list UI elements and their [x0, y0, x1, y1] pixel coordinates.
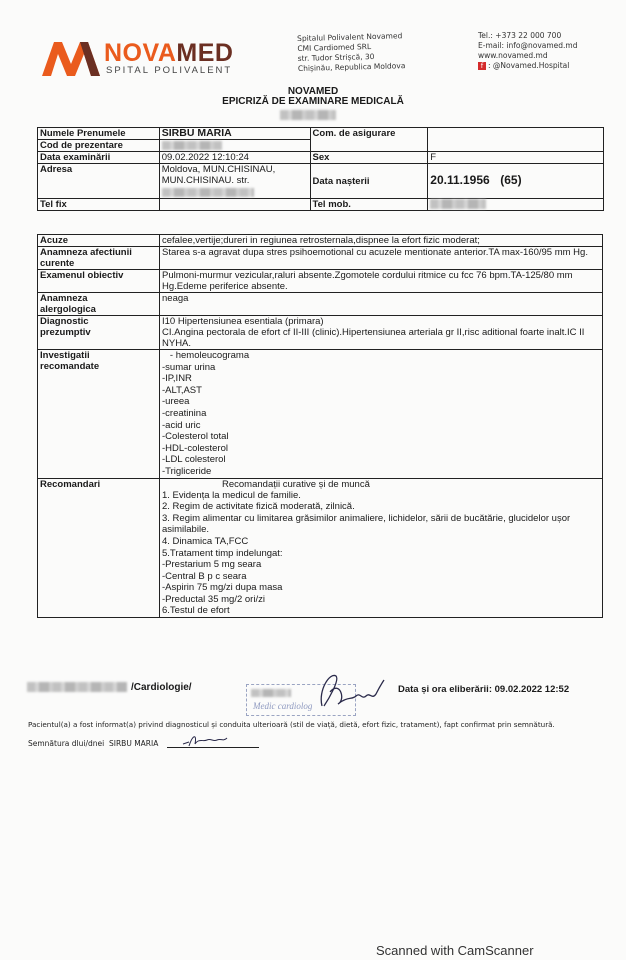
contact-tel: Tel.: +373 22 000 700	[478, 31, 578, 41]
patient-informed-statement: Pacientul(a) a fost informat(a) privind …	[28, 720, 555, 729]
exam-date-value: 09.02.2022 12:10:24	[159, 152, 310, 164]
complaints-label: Acuze	[38, 235, 160, 247]
recommendation-item: 5.Tratament timp indelungat:	[162, 548, 600, 560]
birth-date-value: 20.11.1956 (65)	[428, 164, 604, 199]
contact-email: E-mail: info@novamed.md	[478, 41, 578, 51]
investigation-item: -ALT,AST	[162, 385, 600, 397]
history-value: Starea s-a agravat dupa stres psihoemoti…	[160, 247, 603, 270]
investigation-item: -LDL colesterol	[162, 454, 600, 466]
release-datetime: Data și ora eliberării: 09.02.2022 12:52	[398, 684, 569, 695]
recommendation-item: 2. Regim de activitate fizică moderată, …	[162, 501, 600, 513]
allergy-label: Anamnezaalergologica	[38, 293, 160, 316]
complaints-value: cefalee,vertije;dureri in regiunea retro…	[160, 235, 603, 247]
investigation-item: -acid uric	[162, 420, 600, 432]
address-label: Adresa	[38, 164, 160, 199]
sex-label: Sex	[310, 152, 428, 164]
clinical-info-table: Acuze cefalee,vertije;dureri in regiunea…	[37, 234, 603, 618]
redacted-phone	[430, 199, 486, 209]
address-line: Chișinău, Republica Moldova	[298, 61, 406, 74]
investigations-label-line: recomandate	[40, 361, 157, 372]
allergy-label-line: alergologica	[40, 304, 157, 315]
patient-signature-row: Semnătura dlui/dnei SIRBU MARIA	[28, 738, 259, 748]
recommendations-value: Recomandații curative și de muncă 1. Evi…	[160, 478, 603, 618]
redacted-code	[162, 141, 222, 150]
address-line-2: MUN.CHISINAU. str.	[162, 175, 308, 186]
investigation-item: -sumar urina	[162, 362, 600, 374]
contact-web: www.novamed.md	[478, 51, 578, 61]
history-label-line: curente	[40, 258, 157, 269]
tel-mob-value	[428, 199, 604, 211]
insurance-label: Com. de asigurare	[310, 128, 428, 152]
camscanner-watermark: Scanned with CamScanner	[376, 943, 534, 958]
recommendation-item: 6.Testul de efort	[162, 605, 600, 617]
patient-name: SIRBU MARIA	[159, 128, 310, 140]
exam-label: Examenul obiectiv	[38, 270, 160, 293]
redacted-stamp-name	[251, 689, 291, 697]
investigation-item: -creatinina	[162, 408, 600, 420]
patient-signature-line	[167, 738, 259, 748]
recommendation-item: -Aspirin 75 mg/zi dupa masa	[162, 582, 600, 594]
patient-info-table: Numele Prenumele SIRBU MARIA Com. de asi…	[37, 127, 604, 211]
facebook-icon: f	[478, 62, 486, 70]
age-value: (65)	[500, 173, 521, 187]
history-label-line: Anamneza afectiunii	[40, 247, 157, 258]
recommendation-item: 1. Evidența la medicul de familie.	[162, 490, 600, 502]
logo-wordmark: NOVAMED	[104, 40, 233, 66]
code-label: Cod de prezentare	[38, 140, 160, 152]
redacted-street	[162, 188, 254, 197]
investigations-label-line: Investigatii	[40, 350, 157, 361]
doctor-signature	[300, 670, 400, 710]
sex-value: F	[428, 152, 604, 164]
investigations-list: - hemoleucograma-sumar urina-IP,INR-ALT,…	[162, 350, 600, 478]
birth-date-label: Data nașterii	[310, 164, 428, 199]
exam-value: Pulmoni-murmur vezicular,raluri absente.…	[160, 270, 603, 293]
recommendations-label: Recomandari	[38, 478, 160, 618]
diagnosis-label-line: prezumptiv	[40, 327, 157, 338]
patient-signature	[181, 732, 231, 748]
insurance-value	[428, 128, 604, 152]
novamed-m-logo-icon	[40, 38, 102, 78]
hospital-address: Spitalul Polivalent Novamed CMI Cardiome…	[297, 31, 406, 74]
allergy-value: neaga	[160, 293, 603, 316]
novamed-logo: NOVAMED SPITAL POLIVALENT	[40, 38, 240, 78]
investigations-label: Investigatiirecomandate	[38, 350, 160, 479]
logo-subtitle: SPITAL POLIVALENT	[106, 65, 232, 76]
investigation-item: -ureea	[162, 396, 600, 408]
exam-date-label: Data examinării	[38, 152, 160, 164]
hospital-contact: Tel.: +373 22 000 700 E-mail: info@novam…	[478, 31, 578, 71]
diagnosis-line: I10 Hipertensiunea esentiala (primara)	[162, 316, 600, 327]
recommendation-item: -Preductal 35 mg/2 ori/zi	[162, 594, 600, 606]
document-title: EPICRIZĂ DE EXAMINARE MEDICALĂ	[0, 96, 626, 107]
name-label: Numele Prenumele	[38, 128, 160, 140]
diagnosis-label: Diagnosticprezumptiv	[38, 316, 160, 350]
investigations-value: - hemoleucograma-sumar urina-IP,INR-ALT,…	[160, 350, 603, 479]
recommendations-list: 1. Evidența la medicul de familie.2. Reg…	[162, 490, 600, 618]
contact-facebook: f: @Novamed.Hospital	[478, 61, 578, 71]
address-value: Moldova, MUN.CHISINAU, MUN.CHISINAU. str…	[159, 164, 310, 199]
tel-mob-label: Tel mob.	[310, 199, 428, 211]
redacted-doctor-name	[27, 682, 127, 692]
address-line-1: Moldova, MUN.CHISINAU,	[162, 164, 308, 175]
diagnosis-value: I10 Hipertensiunea esentiala (primara)CI…	[160, 316, 603, 350]
investigation-item: -Colesterol total	[162, 431, 600, 443]
recommendation-item: -Central B p c seara	[162, 571, 600, 583]
redacted-document-id	[280, 110, 336, 120]
investigation-item: -IP,INR	[162, 373, 600, 385]
code-value	[159, 140, 310, 152]
allergy-label-line: Anamneza	[40, 293, 157, 304]
recommendation-item: 3. Regim alimentar cu limitarea grăsimil…	[162, 513, 600, 536]
tel-fix-value	[159, 199, 310, 211]
recommendations-heading: Recomandații curative și de muncă	[162, 479, 600, 490]
diagnosis-label-line: Diagnostic	[40, 316, 157, 327]
recommendation-item: 4. Dinamica TA,FCC	[162, 536, 600, 548]
tel-fix-label: Tel fix	[38, 199, 160, 211]
investigation-item: -Trigliceride	[162, 466, 600, 478]
diagnosis-line: CI.Angina pectorala de efort cf II-III (…	[162, 327, 600, 349]
investigation-item: -HDL-colesterol	[162, 443, 600, 455]
investigation-item: - hemoleucograma	[162, 350, 600, 362]
doctor-department: /Cardiologie/	[27, 682, 192, 693]
history-label: Anamneza afectiuniicurente	[38, 247, 160, 270]
recommendation-item: -Prestarium 5 mg seara	[162, 559, 600, 571]
